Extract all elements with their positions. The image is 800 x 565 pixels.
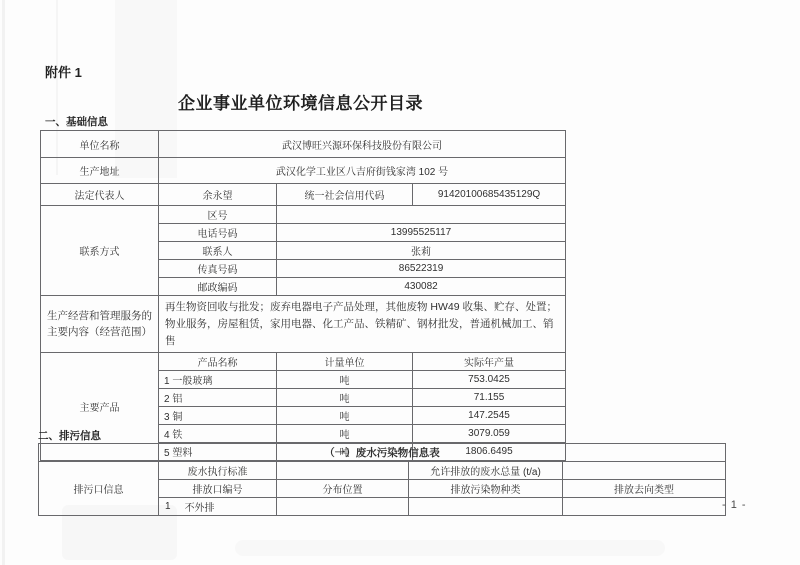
business-scope-label-cell: 生产经营和管理服务的主要内容（经营范围） [41, 296, 159, 353]
table-row: 单位名称 武汉博旺兴源环保科技股份有限公司 [41, 131, 566, 158]
table-row: 生产经营和管理服务的主要内容（经营范围） 再生物资回收与批发；废弃电器电子产品处… [41, 296, 566, 353]
standard-value-cell [277, 462, 409, 480]
product-output-cell: 753.0425 [413, 371, 566, 389]
basic-info-table: 单位名称 武汉博旺兴源环保科技股份有限公司 生产地址 武汉化学工业区八吉府街钱家… [40, 130, 566, 461]
document-title: 企业事业单位环境信息公开目录 [178, 89, 423, 114]
unit-name-label-cell: 单位名称 [41, 131, 159, 158]
scan-edge-artifact [2, 0, 5, 565]
address-value-cell: 武汉化学工业区八吉府街钱家湾 102 号 [159, 158, 566, 184]
outlet-no-header-cell: 排放口编号 [159, 480, 277, 498]
outlet-destination-cell [563, 498, 726, 516]
attachment-label: 附件 1 [45, 62, 82, 81]
phone-label-cell: 电话号码 [159, 224, 277, 242]
phone-value-cell: 13995525117 [277, 224, 566, 242]
product-name-cell: 2 铝 [159, 389, 277, 407]
table-row: 主要产品 产品名称 计量单位 实际年产量 [41, 353, 566, 371]
table-row: 排污口信息 废水执行标准 允许排放的废水总量 (t/a) [39, 462, 726, 480]
scan-smudge-artifact [235, 540, 665, 556]
product-unit-cell: 吨 [277, 371, 413, 389]
product-name-cell: 1 一般玻璃 [159, 371, 277, 389]
outlet-info-label-cell: 排污口信息 [39, 462, 159, 516]
product-unit-cell: 吨 [277, 425, 413, 443]
page-number: - 1 - [722, 499, 747, 511]
outlet-number: 1 [165, 501, 171, 512]
outlet-pollutants-cell [409, 498, 563, 516]
fax-label-cell: 传真号码 [159, 260, 277, 278]
address-label-cell: 生产地址 [41, 158, 159, 184]
legal-rep-label-cell: 法定代表人 [41, 184, 159, 206]
product-output-header-cell: 实际年产量 [413, 353, 566, 371]
outlet-entry-cell: 1 不外排 [159, 498, 277, 516]
standard-label-cell: 废水执行标准 [159, 462, 277, 480]
product-name-cell: 4 铁 [159, 425, 277, 443]
product-name-cell: 3 铜 [159, 407, 277, 425]
section-heading-discharge-info: 二、排污信息 [38, 428, 101, 443]
area-code-value-cell [277, 206, 566, 224]
product-output-cell: 71.155 [413, 389, 566, 407]
permitted-total-value-cell [563, 462, 726, 480]
postcode-label-cell: 邮政编码 [159, 278, 277, 296]
product-unit-cell: 吨 [277, 407, 413, 425]
outlet-note: 不外排 [185, 499, 215, 514]
postcode-value-cell: 430082 [277, 278, 566, 296]
table-row: 生产地址 武汉化学工业区八吉府街钱家湾 102 号 [41, 158, 566, 184]
area-code-label-cell: 区号 [159, 206, 277, 224]
unit-name-value-cell: 武汉博旺兴源环保科技股份有限公司 [159, 131, 566, 158]
product-output-cell: 3079.059 [413, 425, 566, 443]
permitted-total-label-cell: 允许排放的废水总量 (t/a) [409, 462, 563, 480]
outlet-location-cell [277, 498, 409, 516]
legal-rep-value-cell: 余永望 [159, 184, 277, 206]
pollutant-types-header-cell: 排放污染物种类 [409, 480, 563, 498]
product-output-cell: 147.2545 [413, 407, 566, 425]
product-unit-header-cell: 计量单位 [277, 353, 413, 371]
credit-code-label-cell: 统一社会信用代码 [277, 184, 413, 206]
fax-value-cell: 86522319 [277, 260, 566, 278]
wastewater-table-title-cell: （一）废水污染物信息表 [39, 444, 726, 462]
section-heading-basic-info: 一、基础信息 [45, 114, 108, 129]
location-header-cell: 分布位置 [277, 480, 409, 498]
wastewater-pollutant-table: （一）废水污染物信息表 排污口信息 废水执行标准 允许排放的废水总量 (t/a)… [38, 443, 726, 516]
destination-type-header-cell: 排放去向类型 [563, 480, 726, 498]
contact-label-cell: 联系方式 [41, 206, 159, 296]
product-unit-cell: 吨 [277, 389, 413, 407]
business-scope-value-cell: 再生物资回收与批发；废弃电器电子产品处理，其他废物 HW49 收集、贮存、处置；… [159, 296, 566, 353]
table-row: 法定代表人 余永望 统一社会信用代码 91420100685435129Q [41, 184, 566, 206]
credit-code-value-cell: 91420100685435129Q [413, 184, 566, 206]
contact-person-label-cell: 联系人 [159, 242, 277, 260]
table-row: 联系方式 区号 [41, 206, 566, 224]
contact-person-value-cell: 张莉 [277, 242, 566, 260]
table-row: （一）废水污染物信息表 [39, 444, 726, 462]
product-name-header-cell: 产品名称 [159, 353, 277, 371]
